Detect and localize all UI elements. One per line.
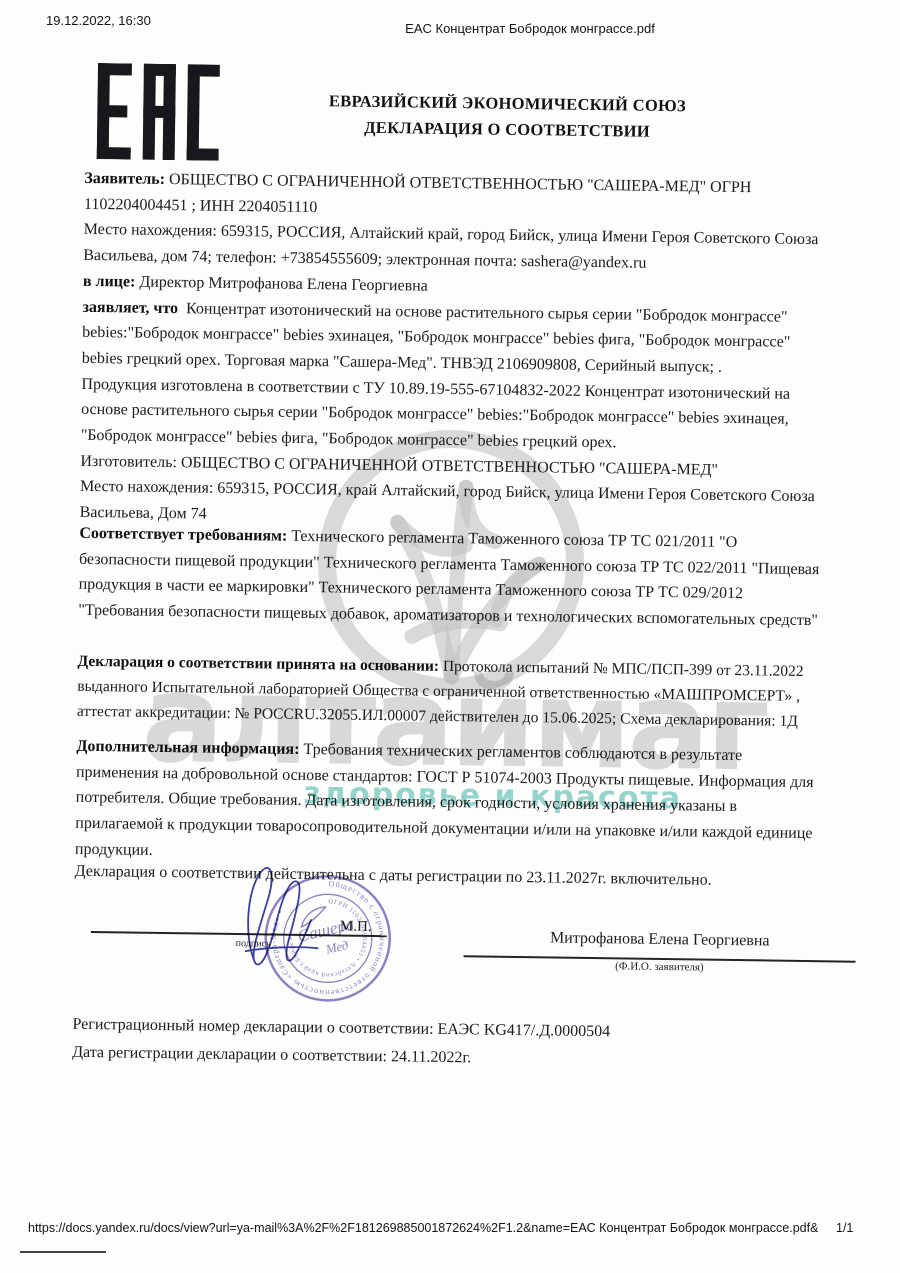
print-page-indicator: 1/1 [836, 1221, 853, 1235]
handwritten-signature [225, 859, 357, 971]
declares-label: заявляет, что [82, 298, 178, 316]
eac-mark-icon [97, 63, 220, 161]
applicant-address-text: Место нахождения: 659315, РОССИЯ, Алтайс… [83, 221, 818, 272]
representative-text: Директор Митрофанова Елена Георгиевна [139, 273, 428, 294]
footer-underline-artifact [20, 1251, 106, 1253]
registration-number-text: Регистрационный номер декларации о соотв… [72, 1016, 610, 1041]
altaimag-brand-watermark: алтаймаг [0, 656, 900, 791]
declares-text: Концентрат изотонический на основе расти… [82, 300, 791, 376]
applicant-text: ОБЩЕСТВО С ОГРАНИЧЕННОЙ ОТВЕТСТВЕННОСТЬЮ… [84, 171, 752, 216]
print-preview-page: 19.12.2022, 16:30 EAC Концентрат Бобродо… [0, 0, 900, 1273]
declares-paragraph: заявляет, что Концентрат изотонический н… [82, 294, 833, 382]
registration-date-text: Дата регистрации декларации о соответств… [72, 1043, 471, 1066]
applicant-label: Заявитель: [84, 170, 165, 188]
compliance-label: Соответствует требованиям: [79, 525, 287, 545]
print-footer-url: https://docs.yandex.ru/docs/view?url=ya-… [28, 1221, 818, 1235]
registration-block: Регистрационный номер декларации о соотв… [72, 1011, 823, 1076]
document-heading: ЕВРАЗИЙСКИЙ ЭКОНОМИЧЕСКИЙ СОЮЗ ДЕКЛАРАЦИ… [207, 87, 808, 146]
signer-name: Митрофанова Елена Георгиевна [464, 928, 856, 951]
representative-label: в лице: [83, 273, 136, 291]
scanned-declaration: ЕВРАЗИЙСКИЙ ЭКОНОМИЧЕСКИЙ СОЮЗ ДЕКЛАРАЦИ… [0, 0, 900, 1273]
